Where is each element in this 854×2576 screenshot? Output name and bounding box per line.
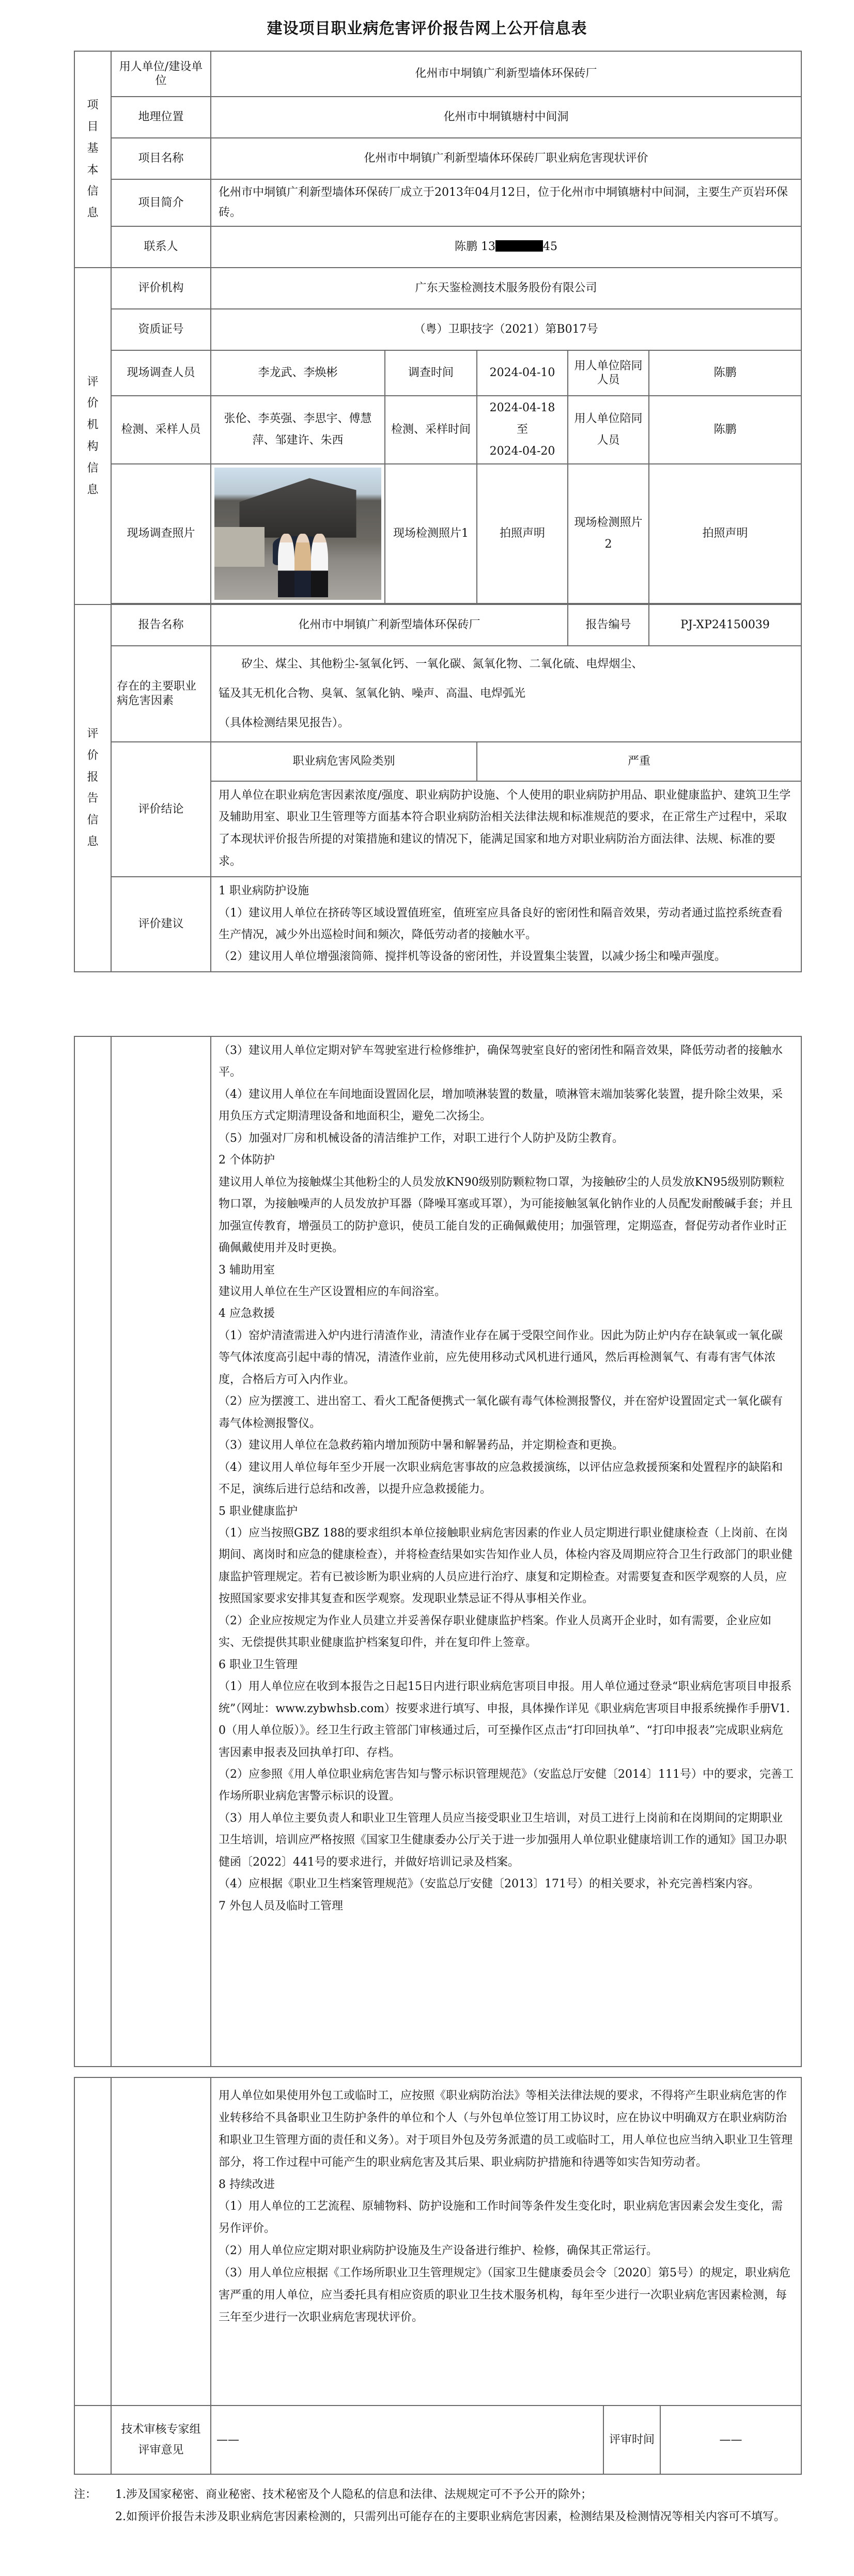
review-time-value: —— [660,2406,801,2474]
note-item: 2.如预评价报告未涉及职业病危害因素检测的，只需列出可能存在的主要职业病危害因素… [115,2506,801,2528]
survey-staff-label: 现场调查人员 [111,350,211,396]
photo-label: 现场调查照片 [111,464,211,603]
risk-value: 严重 [477,742,801,781]
accompany2-value: 陈鹏 [649,396,801,464]
section-label-continued-2 [74,2077,111,2406]
info-table-page3: 用人单位如果使用外包工或临时工，应按照《职业病防治法》等相关法律法规的要求，不得… [74,2077,802,2475]
info-table-page1: 项目基本信息 用人单位/建设单位 化州市中垌镇广利新型墙体环保砖厂 地理位置 化… [74,51,802,972]
project-name-value: 化州市中垌镇广利新型墙体环保砖厂职业病危害现状评价 [211,138,801,179]
hazards-label: 存在的主要职业病危害因素 [111,646,211,742]
review-time-label: 评审时间 [603,2406,660,2474]
location-value: 化州市中垌镇塘村中间洞 [211,97,801,138]
hazards-value: 矽尘、煤尘、其他粉尘-氢氧化钙、一氧化碳、氮氧化物、二氧化硫、电焊烟尘、 锰及其… [211,646,801,742]
contact-label: 联系人 [111,226,211,268]
page-title: 建设项目职业病危害评价报告网上公开信息表 [0,15,854,38]
conclusion-label: 评价结论 [111,742,211,877]
report-name-label: 报告名称 [111,604,211,646]
cert-value: （粤）卫职技字（2021）第B017号 [211,309,801,350]
accompany-value: 陈鹏 [649,350,801,396]
info-table-page2: （3）建议用人单位定期对铲车驾驶室进行检修维护，确保驾驶室良好的密闭性和隔音效果… [74,1036,802,2067]
section-label-report: 评价报告信息 [74,604,111,972]
footnotes: 注： 1.涉及国家秘密、商业秘密、技术秘密及个人隐私的信息和法律、法规规定可不予… [74,2484,801,2528]
photo1-label: 现场检测照片1 [385,464,477,603]
photo1-value: 拍照声明 [477,464,568,603]
suggestions-page1: 1 职业病防护设施 （1）建议用人单位在挤砖等区域设置值班室，值班室应具备良好的… [211,877,801,972]
notes-prefix: 注： [74,2484,115,2528]
review-label: 技术审核专家组评审意见 [111,2406,211,2474]
photo2-label: 现场检测照片2 [568,464,649,603]
site-photo-cell [211,464,385,603]
review-value: —— [211,2406,603,2474]
suggestion-label: 评价建议 [111,877,211,972]
project-intro-value: 化州市中垌镇广利新型墙体环保砖厂成立于2013年04月12日，位于化州市中垌镇塘… [211,179,801,226]
sampling-staff-value: 张伦、李英强、李思宇、傅慧萍、邹建许、朱西 [211,396,385,464]
project-intro-label: 项目简介 [111,179,211,226]
suggestion-label-continued [111,1036,211,2067]
contact-phone-suffix: 45 [543,240,557,253]
section-label-continued [74,1036,111,2067]
cert-label: 资质证号 [111,309,211,350]
redacted-phone-block [495,240,543,252]
conclusion-text: 用人单位在职业病危害因素浓度/强度、职业病防护设施、个人使用的职业病防护用品、职… [211,781,801,877]
employer-label: 用人单位/建设单位 [111,51,211,97]
survey-staff-value: 李龙武、李焕彬 [211,350,385,396]
location-label: 地理位置 [111,97,211,138]
agency-label: 评价机构 [111,268,211,309]
contact-name: 陈鹏 13 [455,240,495,253]
survey-time-value: 2024-04-10 [477,350,568,396]
note-item: 1.涉及国家秘密、商业秘密、技术秘密及个人隐私的信息和法律、法规规定可不予公开的… [115,2484,801,2506]
accompany2-label: 用人单位陪同人员 [568,396,649,464]
suggestions-page3: 用人单位如果使用外包工或临时工，应按照《职业病防治法》等相关法律法规的要求，不得… [211,2077,801,2406]
suggestions-page2: （3）建议用人单位定期对铲车驾驶室进行检修维护，确保驾驶室良好的密闭性和隔音效果… [211,1036,801,2067]
employer-value: 化州市中垌镇广利新型墙体环保砖厂 [211,51,801,97]
section-label-agency: 评价机构信息 [74,268,111,604]
suggestion-label-continued-2 [111,2077,211,2406]
report-name-value: 化州市中垌镇广利新型墙体环保砖厂 [211,604,568,646]
sampling-time-label: 检测、采样时间 [385,396,477,464]
sampling-time-value: 2024-04-18至2024-04-20 [477,396,568,464]
report-no-value: PJ-XP24150039 [649,604,801,646]
contact-value: 陈鹏 1345 [211,226,801,268]
report-no-label: 报告编号 [568,604,649,646]
photo2-value: 拍照声明 [649,464,801,603]
project-name-label: 项目名称 [111,138,211,179]
section-label-continued-3 [74,2406,111,2474]
risk-label: 职业病危害风险类别 [211,742,477,781]
sampling-staff-label: 检测、采样人员 [111,396,211,464]
accompany-label: 用人单位陪同人员 [568,350,649,396]
site-survey-photo [214,468,381,600]
survey-time-label: 调查时间 [385,350,477,396]
agency-value: 广东天鉴检测技术服务股份有限公司 [211,268,801,309]
section-label-project: 项目基本信息 [74,51,111,268]
